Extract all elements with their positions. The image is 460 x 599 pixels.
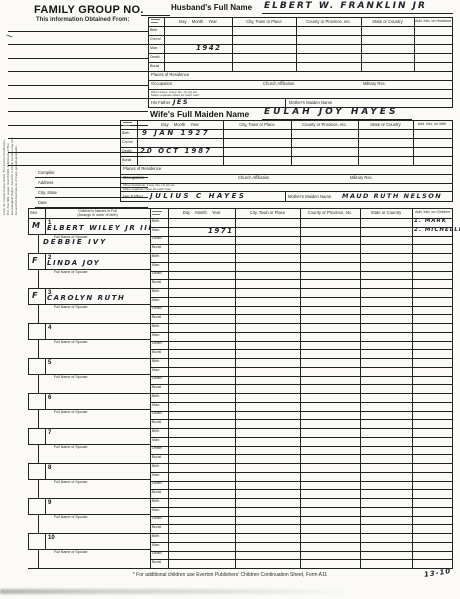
city-state-label: City, State <box>38 191 57 195</box>
event-label: Burial <box>152 316 161 320</box>
grid-line <box>358 120 359 165</box>
wife-place-header: City, Town or Place <box>223 123 291 127</box>
grid-line <box>148 98 453 99</box>
event-label: Marr. <box>152 544 160 548</box>
grid-line <box>148 62 453 63</box>
illegible-print <box>151 19 160 20</box>
footer-note: * For additional children use Everton Pu… <box>70 573 390 578</box>
grid-line <box>45 533 46 549</box>
grid-line <box>28 323 29 339</box>
grid-line <box>360 358 361 393</box>
child-row: BirthMarr.DeathBurial9Full Name of Spous… <box>28 498 453 534</box>
grid-line <box>150 376 453 377</box>
grid-line <box>360 218 361 253</box>
grid-line <box>168 393 169 428</box>
scanned-family-group-form: FAMILY GROUP NO. Husband's Full Name ELB… <box>0 0 460 599</box>
grid-line <box>235 533 236 568</box>
event-label: Burial <box>152 281 161 285</box>
grid-line <box>300 393 301 428</box>
grid-line <box>300 533 301 568</box>
child-row: BirthMarr.DeathBurial2FLINDA JOYFull Nam… <box>28 253 453 289</box>
event-label: Burial <box>152 526 161 530</box>
child-row: BirthMarr.DeathBurial1MELBERT WILEY JR I… <box>28 218 453 254</box>
husband-name-line <box>262 13 453 14</box>
grid-line <box>28 463 29 479</box>
event-label: Birth <box>152 220 159 224</box>
grid-line <box>28 444 150 445</box>
grid-line <box>235 288 236 323</box>
wife-state-header: State or Country <box>358 123 413 127</box>
grid-line <box>150 279 453 280</box>
child-row: BirthMarr.DeathBurial5Full Name of Spous… <box>28 358 453 394</box>
grid-line <box>150 559 453 560</box>
husband-church-affiliation-label: Church Affiliation <box>263 82 294 86</box>
grid-line <box>235 323 236 358</box>
wife-name-handwriting: EULAH JOY HAYES <box>264 108 398 117</box>
grid-line <box>120 129 453 130</box>
grid-line <box>150 454 453 455</box>
grid-line <box>45 218 46 234</box>
grid-line <box>360 498 361 533</box>
husband-state-header: State or Country <box>361 20 414 24</box>
wife-mother-maiden-name-label: Mother's Maiden Name <box>288 195 331 199</box>
grid-line <box>360 463 361 498</box>
ruled-line <box>8 44 148 45</box>
grid-line <box>38 304 39 323</box>
grid-line <box>28 374 150 375</box>
grid-line <box>45 463 46 479</box>
husband-death-label: Death <box>150 56 160 60</box>
illegible-print <box>151 22 158 23</box>
husband-place-header: City, Town or Place <box>232 20 296 24</box>
grid-line <box>168 428 169 463</box>
grid-line <box>300 323 301 358</box>
husband-name-handwriting: ELBERT W. FRANKLIN JR <box>264 2 427 11</box>
child-name-handwriting: CAROLYN RUTH <box>47 295 125 302</box>
grid-line <box>45 358 46 374</box>
his-father-handwriting: JES <box>173 99 189 106</box>
husband-date-header: Day Month Year <box>164 20 232 24</box>
grid-line <box>120 156 453 157</box>
grid-line <box>28 409 150 410</box>
husband-marriage-date-handwriting: 1942 <box>196 45 221 52</box>
grid-line <box>300 498 301 533</box>
child-name-handwriting: LINDA JOY <box>47 260 100 267</box>
grid-line <box>412 288 413 323</box>
child-number: 4 <box>48 325 51 331</box>
form-title: FAMILY GROUP NO. <box>34 5 144 16</box>
children-table: Sex Children's Names in Full (Arrange in… <box>28 208 453 568</box>
grid-line <box>452 463 453 498</box>
grid-line <box>28 304 150 305</box>
grid-line <box>150 551 453 552</box>
event-label: Marr. <box>152 369 160 373</box>
husband-military-record-label: Military Rec. <box>363 82 386 86</box>
grid-line <box>452 218 453 253</box>
obtained-from-label: This information Obtained From: <box>36 17 129 23</box>
illegible-print <box>123 122 132 123</box>
wife-death-label: Death <box>122 150 132 154</box>
event-label: Birth <box>152 290 159 294</box>
grid-line <box>412 428 413 463</box>
grid-line <box>452 428 453 463</box>
child-number: 5 <box>48 360 51 366</box>
spouse-label: Full Name of Spouse <box>54 306 88 310</box>
spouse-label: Full Name of Spouse <box>54 376 88 380</box>
grid-line <box>452 253 453 288</box>
grid-line <box>38 339 39 358</box>
grid-line <box>150 507 453 508</box>
grid-line <box>28 514 150 515</box>
event-label: Birth <box>152 255 159 259</box>
grid-line <box>150 358 151 393</box>
grid-line <box>120 174 453 175</box>
grid-line <box>452 358 453 393</box>
grid-line <box>150 419 453 420</box>
event-label: Burial <box>152 246 161 250</box>
event-label: Death <box>152 447 162 451</box>
grid-line <box>360 393 361 428</box>
grid-line <box>120 147 453 148</box>
ruled-line <box>8 71 148 72</box>
grid-line <box>45 393 46 409</box>
wife-birth-label: Birth <box>122 132 129 136</box>
event-label: Death <box>152 412 162 416</box>
grid-line <box>45 498 46 514</box>
husband-burial-label: Burial <box>150 65 159 69</box>
event-label: Burial <box>152 386 161 390</box>
wife-burial-label: Burial <box>122 159 131 163</box>
grid-line <box>168 498 169 533</box>
spouse-label: Full Name of Spouse <box>54 271 88 275</box>
grid-line <box>38 444 39 463</box>
grid-line <box>28 269 150 270</box>
grid-line <box>150 306 453 307</box>
grid-line <box>361 17 362 71</box>
wife-date-header: Day Month Year <box>137 123 223 127</box>
child-row: BirthMarr.DeathBurial8Full Name of Spous… <box>28 463 453 499</box>
grid-line <box>150 393 151 428</box>
event-label: Birth <box>152 465 159 469</box>
spouse-label: Full Name of Spouse <box>54 411 88 415</box>
child-row: BirthMarr.DeathBurial3FCAROLYN RUTHFull … <box>28 288 453 324</box>
grid-line <box>235 393 236 428</box>
illegible-print <box>123 125 130 126</box>
grid-line <box>150 341 453 342</box>
grid-line <box>452 120 453 202</box>
grid-line <box>360 288 361 323</box>
wife-occupation-label: Occupation <box>123 176 144 180</box>
event-label: Death <box>152 272 162 276</box>
grid-line <box>168 533 169 568</box>
grid-line <box>412 393 413 428</box>
grid-line <box>28 428 29 444</box>
grid-line <box>28 498 29 514</box>
grid-line <box>412 218 413 253</box>
husband-county-header: County or Province, etc. <box>296 20 361 24</box>
grid-line <box>38 549 39 568</box>
event-label: Death <box>152 307 162 311</box>
grid-line <box>412 253 413 288</box>
grid-line <box>414 17 415 71</box>
grid-line <box>300 288 301 323</box>
event-label: Marr. <box>152 509 160 513</box>
grid-line <box>148 89 453 90</box>
page-number-handwriting: 13-10 <box>424 568 452 579</box>
grid-line <box>150 446 453 447</box>
scan-artifact-streak <box>0 589 352 594</box>
grid-line <box>148 17 149 108</box>
ruled-line <box>8 111 148 112</box>
grid-line <box>150 236 453 237</box>
her-father-label: Her Father <box>123 195 143 199</box>
wife-church-affiliation-label: Church Affiliation <box>238 176 269 180</box>
grid-line <box>148 44 453 45</box>
grid-line <box>150 402 453 403</box>
event-label: Burial <box>152 456 161 460</box>
husband-christened-label: Chr'nd <box>150 38 160 42</box>
grid-line <box>360 428 361 463</box>
event-label: Marr. <box>152 474 160 478</box>
spouse-label: Full Name of Spouse <box>54 341 88 345</box>
grid-line <box>235 498 236 533</box>
grid-line <box>150 271 453 272</box>
grid-line <box>412 323 413 358</box>
grid-line <box>150 262 453 263</box>
grid-line <box>38 269 39 288</box>
grid-line <box>150 533 151 568</box>
wife-county-header: County or Province, etc. <box>291 123 358 127</box>
grid-line <box>360 253 361 288</box>
grid-line <box>28 358 29 374</box>
publisher-imprint-line: list and full descriptions of many genea… <box>15 135 19 215</box>
child-name-handwriting: ELBERT WILEY JR III <box>47 225 152 232</box>
grid-line <box>412 533 413 568</box>
event-label: Death <box>152 342 162 346</box>
grid-line <box>412 358 413 393</box>
grid-line <box>45 253 46 269</box>
grid-line <box>235 253 236 288</box>
grid-line <box>137 120 138 165</box>
grid-line <box>150 516 453 517</box>
grid-line <box>28 288 29 304</box>
grid-line <box>452 498 453 533</box>
child-row: BirthMarr.DeathBurial6Full Name of Spous… <box>28 393 453 429</box>
child-number: 10 <box>48 535 55 541</box>
grid-line <box>235 358 236 393</box>
husband-addinfo-header: Add. Info. on Husband <box>414 20 452 24</box>
event-label: Marr. <box>152 439 160 443</box>
wife-table: Day Month Year City, Town or Place Count… <box>120 120 453 202</box>
grid-line <box>120 120 121 202</box>
grid-line <box>150 524 453 525</box>
child-add-info-handwriting: 2. MICHELLE <box>414 228 460 234</box>
grid-line <box>150 332 453 333</box>
grid-line <box>291 120 292 165</box>
grid-line <box>150 428 151 463</box>
grid-line <box>235 218 236 253</box>
husband-birth-label: Birth <box>150 29 157 33</box>
grid-line <box>148 53 453 54</box>
grid-line <box>150 472 453 473</box>
grid-line <box>45 288 46 304</box>
grid-line <box>452 17 453 108</box>
grid-line <box>28 479 150 480</box>
child-number: 6 <box>48 395 51 401</box>
child-number: 9 <box>48 500 51 506</box>
grid-line <box>285 191 286 202</box>
grid-line <box>150 367 453 368</box>
grid-line <box>223 120 224 165</box>
grid-line <box>150 384 453 385</box>
grid-line <box>28 393 29 409</box>
grid-line <box>413 120 414 165</box>
husband-places-of-residence-label: Places of Residence <box>151 73 189 77</box>
event-label: Birth <box>152 360 159 364</box>
husband-marriage-label: Marr. <box>150 47 158 51</box>
grid-line <box>168 358 169 393</box>
event-label: Death <box>152 237 162 241</box>
grid-line <box>150 411 453 412</box>
grid-line <box>168 463 169 498</box>
other-wives-note-line2: Make separate sheet for each marr. <box>151 94 200 97</box>
grid-line <box>150 498 151 533</box>
grid-line <box>150 463 151 498</box>
grid-line <box>148 35 453 36</box>
grid-line <box>168 323 169 358</box>
child-sex-handwriting: F <box>32 257 38 265</box>
grid-line <box>150 542 453 543</box>
grid-line <box>150 253 151 288</box>
grid-line <box>232 17 233 71</box>
grid-line <box>300 253 301 288</box>
grid-line <box>150 297 453 298</box>
event-label: Marr. <box>152 404 160 408</box>
grid-line <box>150 288 151 323</box>
child-sex-handwriting: F <box>32 292 38 300</box>
child-number: 8 <box>48 465 51 471</box>
grid-line <box>148 26 453 27</box>
grid-line <box>148 71 453 72</box>
grid-line <box>296 17 297 71</box>
grid-line <box>235 428 236 463</box>
grid-line <box>28 533 29 549</box>
event-label: Death <box>152 377 162 381</box>
grid-line <box>38 409 39 428</box>
event-label: Burial <box>152 491 161 495</box>
event-label: Death <box>152 552 162 556</box>
date-label: Date <box>38 201 47 205</box>
grid-line <box>28 253 29 269</box>
event-label: Birth <box>152 325 159 329</box>
wife-mother-maiden-name-handwriting: MAUD RUTH NELSON <box>342 193 442 200</box>
wife-death-date-handwriting: 20 OCT 1987 <box>140 148 212 155</box>
child-row: BirthMarr.DeathBurial10Full Name of Spou… <box>28 533 453 569</box>
wife-birth-date-handwriting: 9 JAN 1927 <box>142 130 210 137</box>
wife-places-of-residence-label: Places of Residence <box>123 167 161 171</box>
ruled-line <box>8 31 148 32</box>
grid-line <box>150 437 453 438</box>
grid-line <box>150 349 453 350</box>
spouse-label: Full Name of Spouse <box>54 516 88 520</box>
grid-line <box>360 323 361 358</box>
grid-line <box>168 253 169 288</box>
event-label: Marr. <box>152 334 160 338</box>
child-row: BirthMarr.DeathBurial4Full Name of Spous… <box>28 323 453 359</box>
grid-line <box>235 463 236 498</box>
grid-line <box>38 514 39 533</box>
event-label: Death <box>152 482 162 486</box>
grid-line <box>452 288 453 323</box>
grid-line <box>120 165 453 166</box>
grid-line <box>120 191 453 192</box>
grid-line <box>120 183 453 184</box>
grid-line <box>164 17 165 71</box>
grid-line <box>168 218 169 253</box>
grid-line <box>148 17 453 18</box>
grid-line <box>28 218 29 234</box>
grid-line <box>45 428 46 444</box>
children-blocks: BirthMarr.DeathBurial1MELBERT WILEY JR I… <box>28 208 453 568</box>
grid-line <box>360 533 361 568</box>
grid-line <box>38 374 39 393</box>
grid-line <box>120 120 453 121</box>
child-number: 7 <box>48 430 51 436</box>
child-spouse-handwriting: DEBBIE IVY <box>43 239 107 246</box>
grid-line <box>148 80 453 81</box>
wife-name-label: Wife's Full Maiden Name <box>150 110 249 119</box>
husband-mother-maiden-name-label: Mother's Maiden Name <box>289 101 332 105</box>
grid-line <box>120 201 453 202</box>
spouse-label: Full Name of Spouse <box>54 446 88 450</box>
her-father-handwriting: JULIUS C HAYES <box>150 193 246 200</box>
wife-addinfo-header: Add. Info. on Wife <box>413 123 451 127</box>
his-father-label: His Father <box>151 101 170 105</box>
event-label: Birth <box>152 500 159 504</box>
wife-military-record-label: Military Rec. <box>350 176 373 180</box>
grid-line <box>300 428 301 463</box>
grid-line <box>412 463 413 498</box>
grid-line <box>28 339 150 340</box>
grid-line <box>38 234 39 253</box>
grid-line <box>452 323 453 358</box>
ruled-line <box>8 98 148 99</box>
grid-line <box>120 138 453 139</box>
event-label: Birth <box>152 395 159 399</box>
husband-occupation-label: Occupation <box>151 82 172 86</box>
address-label: Address <box>38 181 53 185</box>
ruled-line <box>8 58 148 59</box>
compiler-label: Compiler <box>38 171 55 175</box>
grid-line <box>452 393 453 428</box>
event-label: Burial <box>152 421 161 425</box>
grid-line <box>300 463 301 498</box>
grid-line <box>300 358 301 393</box>
grid-line <box>150 227 453 228</box>
event-label: Marr. <box>152 229 160 233</box>
grid-line <box>452 533 453 568</box>
event-label: Burial <box>152 561 161 565</box>
grid-line <box>168 288 169 323</box>
grid-line <box>300 218 301 253</box>
grid-line <box>28 234 150 235</box>
event-label: Marr. <box>152 264 160 268</box>
wife-christened-label: Chr'nd <box>122 141 132 145</box>
grid-line <box>150 489 453 490</box>
event-label: Birth <box>152 430 159 434</box>
grid-line <box>150 323 151 358</box>
title-blank-line <box>141 15 170 16</box>
